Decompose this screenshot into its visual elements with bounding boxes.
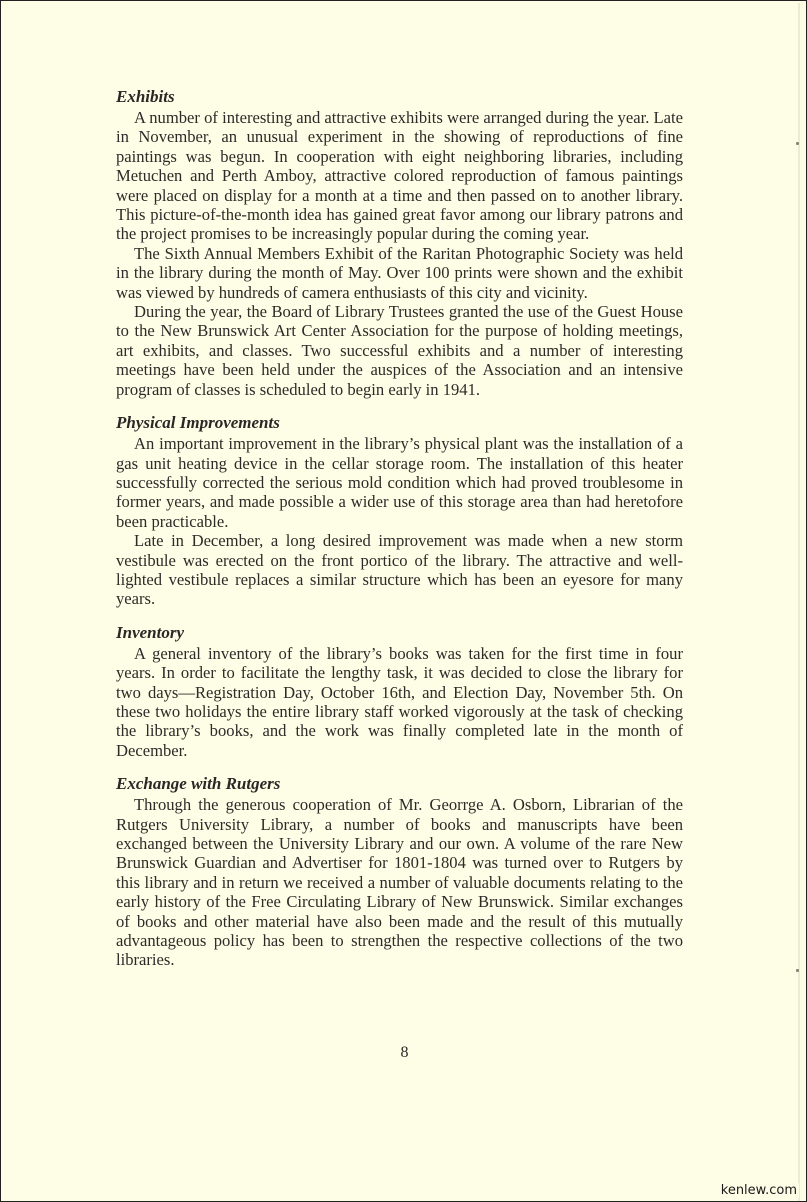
paragraph: During the year, the Board of Library Tr… (116, 302, 683, 399)
section-physical-improvements: Physical Improvements An important impro… (116, 413, 683, 609)
paragraph: An important improvement in the library’… (116, 434, 683, 531)
section-heading: Physical Improvements (116, 413, 683, 433)
paragraph: A general inventory of the library’s boo… (116, 644, 683, 760)
section-inventory: Inventory A general inventory of the lib… (116, 623, 683, 760)
watermark: kenlew.com (719, 1183, 799, 1198)
section-exhibits: Exhibits A number of interesting and att… (116, 87, 683, 399)
section-heading: Exhibits (116, 87, 683, 107)
section-heading: Exchange with Rutgers (116, 774, 683, 794)
margin-speck (796, 969, 799, 972)
section-exchange-with-rutgers: Exchange with Rutgers Through the genero… (116, 774, 683, 970)
page-number: 8 (1, 1044, 807, 1062)
text-column: Exhibits A number of interesting and att… (116, 87, 683, 984)
paragraph: The Sixth Annual Members Exhibit of the … (116, 244, 683, 302)
paragraph: A number of interesting and attractive e… (116, 108, 683, 244)
paragraph: Late in December, a long desired improve… (116, 531, 683, 609)
page-edge-line (798, 3, 800, 1201)
paragraph: Through the generous cooperation of Mr. … (116, 795, 683, 970)
page: Exhibits A number of interesting and att… (0, 0, 807, 1202)
section-heading: Inventory (116, 623, 683, 643)
margin-speck (796, 142, 799, 145)
